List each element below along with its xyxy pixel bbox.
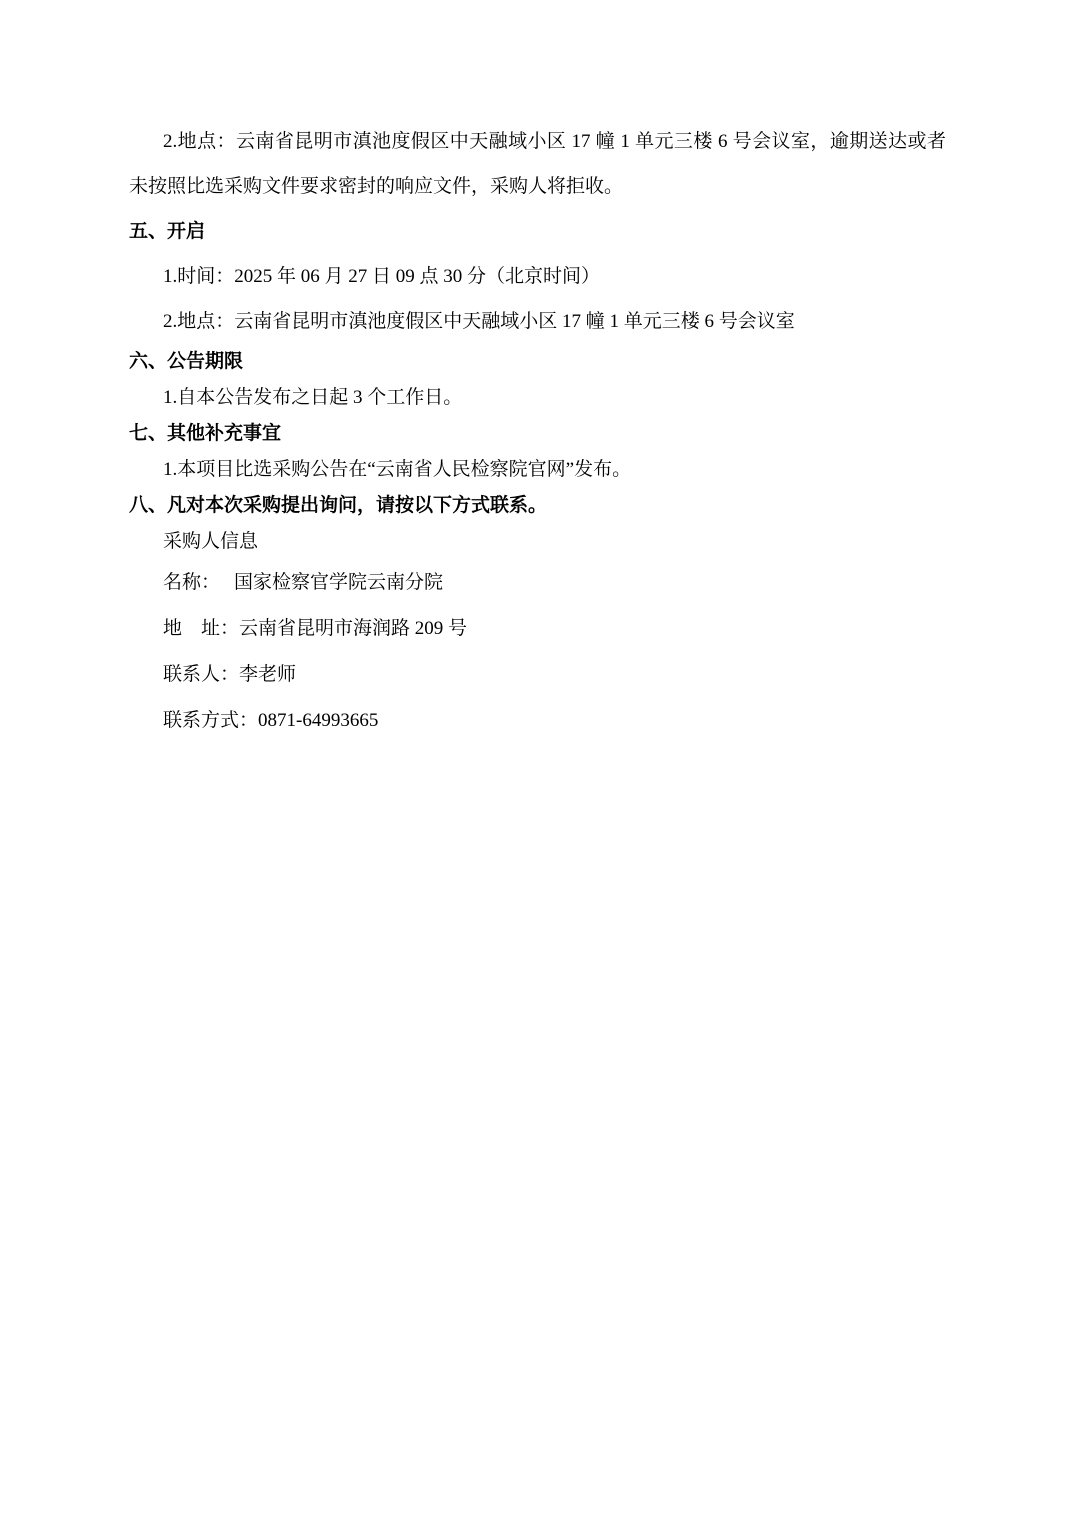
delivery-deadline-paragraph: 2.地点：云南省昆明市滇池度假区中天融域小区 17 幢 1 单元三楼 6 号会议… (129, 119, 946, 209)
document-content: 2.地点：云南省昆明市滇池度假区中天融域小区 17 幢 1 单元三楼 6 号会议… (0, 0, 1074, 744)
section-5-item-time: 1.时间：2025 年 06 月 27 日 09 点 30 分（北京时间） (129, 254, 946, 299)
section-7-item: 1.本项目比选采购公告在“云南省人民检察院官网”发布。 (129, 452, 946, 488)
section-7-heading: 七、其他补充事宜 (129, 416, 946, 452)
purchaser-contact-person-value: 李老师 (239, 664, 296, 685)
document-page: 2.地点：云南省昆明市滇池度假区中天融域小区 17 幢 1 单元三楼 6 号会议… (0, 0, 1074, 1520)
purchaser-info-title: 采购人信息 (129, 524, 946, 560)
purchaser-name-value: 国家检察官学院云南分院 (234, 572, 443, 593)
purchaser-field-address: 地 址：云南省昆明市海润路 209 号 (129, 606, 946, 652)
purchaser-field-contact-person: 联系人：李老师 (129, 652, 946, 698)
section-8-heading: 八、凡对本次采购提出询问，请按以下方式联系。 (129, 488, 946, 524)
section-5-item-place: 2.地点：云南省昆明市滇池度假区中天融域小区 17 幢 1 单元三楼 6 号会议… (129, 299, 946, 344)
section-6-heading: 六、公告期限 (129, 344, 946, 380)
purchaser-field-contact-method: 联系方式：0871-64993665 (129, 698, 946, 744)
section-5-heading: 五、开启 (129, 209, 946, 254)
purchaser-name-label: 名称： (163, 572, 220, 593)
purchaser-contact-person-label: 联系人： (163, 664, 239, 685)
purchaser-address-value: 云南省昆明市海润路 209 号 (239, 618, 467, 639)
purchaser-address-label: 地 址： (163, 618, 239, 639)
purchaser-field-name: 名称：国家检察官学院云南分院 (129, 560, 946, 606)
purchaser-contact-method-label: 联系方式： (163, 710, 258, 731)
section-6-item: 1.自本公告发布之日起 3 个工作日。 (129, 380, 946, 416)
purchaser-contact-method-value: 0871-64993665 (258, 710, 378, 731)
